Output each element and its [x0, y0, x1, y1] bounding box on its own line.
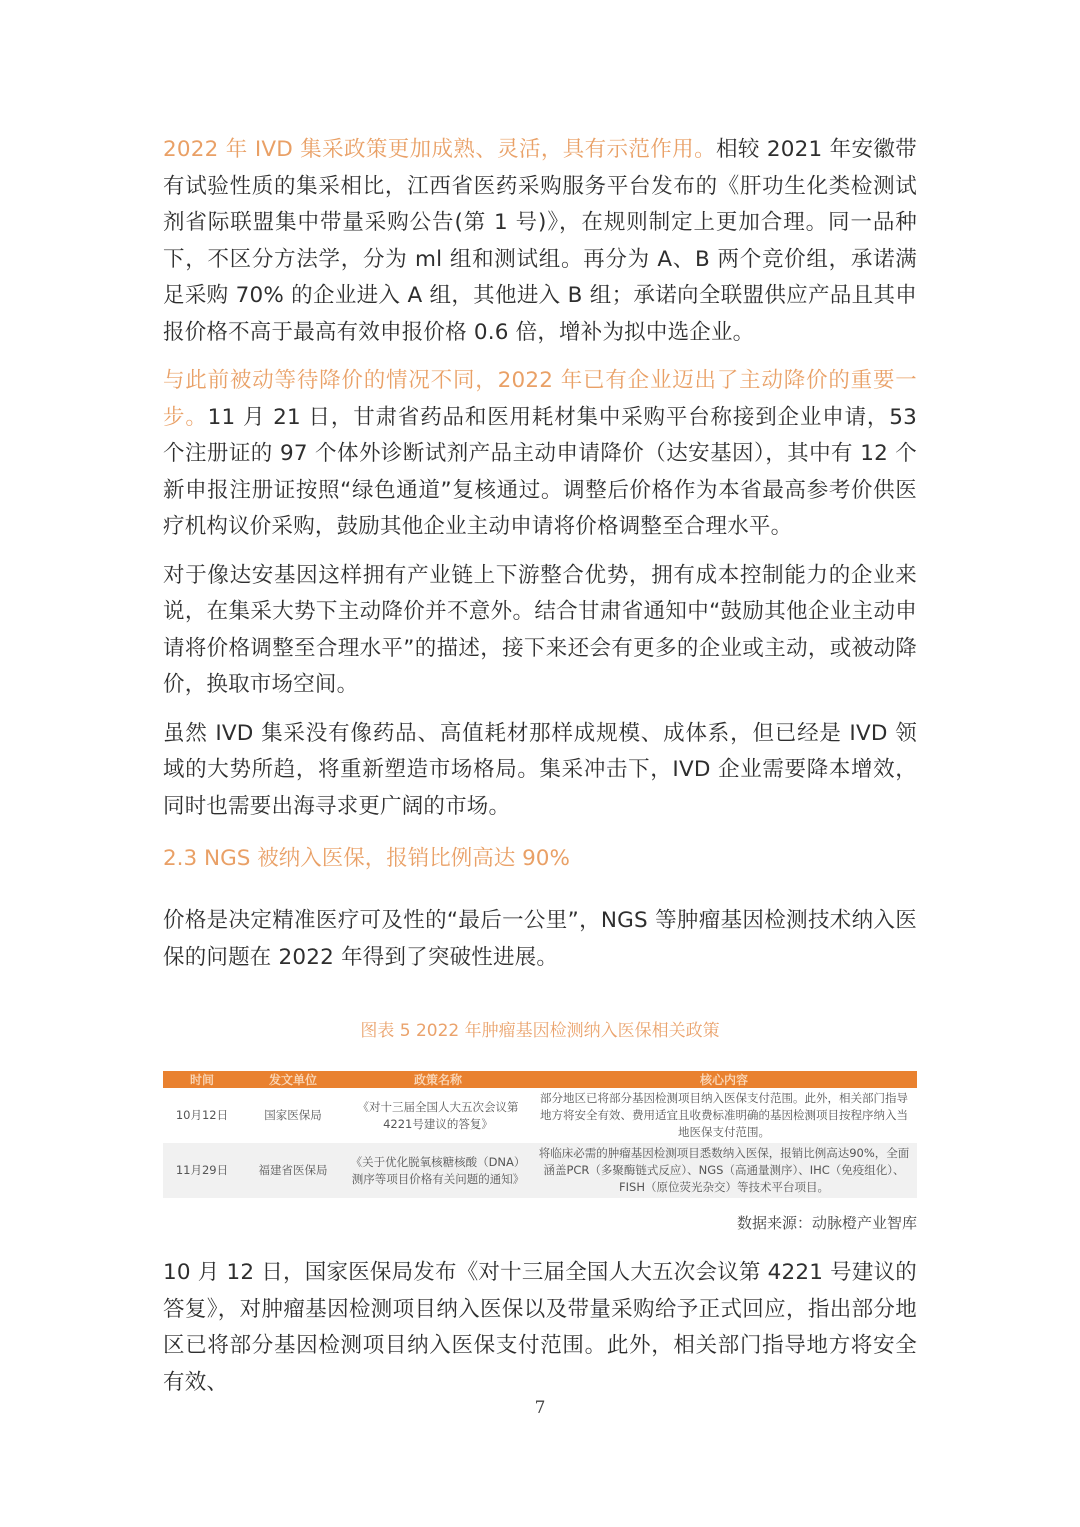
paragraph-active-price-cut: 与此前被动等待降价的情况不同，2022 年已有企业迈出了主动降价的重要一步。11…	[163, 363, 917, 546]
cell-policy-name: 《关于优化脱氧核糖核酸（DNA）测序等项目价格有关问题的通知》	[345, 1143, 531, 1198]
page-number: 7	[0, 1398, 1080, 1418]
cell-content: 将临床必需的肿瘤基因检测项目悉数纳入医保，报销比例高达90%，全面涵盖PCR（多…	[531, 1143, 917, 1198]
section-heading: 2.3 NGS 被纳入医保，报销比例高达 90%	[163, 841, 917, 877]
paragraph-ivd-trend: 虽然 IVD 集采没有像药品、高值耗材那样成规模、成体系，但已经是 IVD 领域…	[163, 716, 917, 826]
section-intro: 价格是决定精准医疗可及性的“最后一公里”，NGS 等肿瘤基因检测技术纳入医保的问…	[163, 903, 917, 976]
cell-content: 部分地区已将部分基因检测项目纳入医保支付范围。此外，相关部门指导地方将安全有效、…	[531, 1088, 917, 1143]
table-row: 11月29日 福建省医保局 《关于优化脱氧核糖核酸（DNA）测序等项目价格有关问…	[163, 1143, 917, 1198]
document-page: 2022 年 IVD 集采政策更加成熟、灵活，具有示范作用。相较 2021 年安…	[163, 132, 917, 1413]
table-header-row: 时间 发文单位 政策名称 核心内容	[163, 1071, 917, 1088]
highlight-text: 2022 年 IVD 集采政策更加成熟、灵活，具有示范作用。	[163, 137, 716, 162]
header-content: 核心内容	[531, 1071, 917, 1088]
cell-date: 11月29日	[163, 1143, 241, 1198]
body-text: 相较 2021 年安徽带有试验性质的集采相比，江西省医药采购服务平台发布的《肝功…	[163, 137, 917, 345]
cell-unit: 福建省医保局	[241, 1143, 345, 1198]
header-policy-name: 政策名称	[345, 1071, 531, 1088]
closing-paragraph: 10 月 12 日，国家医保局发布《对十三届全国人大五次会议第 4221 号建议…	[163, 1255, 917, 1401]
cell-date: 10月12日	[163, 1088, 241, 1143]
header-date: 时间	[163, 1071, 241, 1088]
paragraph-ivd-policy: 2022 年 IVD 集采政策更加成熟、灵活，具有示范作用。相较 2021 年安…	[163, 132, 917, 351]
body-text: 虽然 IVD 集采没有像药品、高值耗材那样成规模、成体系，但已经是 IVD 领域…	[163, 721, 917, 819]
cell-policy-name: 《对十三届全国人大五次会议第4221号建议的答复》	[345, 1088, 531, 1143]
cell-unit: 国家医保局	[241, 1088, 345, 1143]
table-row: 10月12日 国家医保局 《对十三届全国人大五次会议第4221号建议的答复》 部…	[163, 1088, 917, 1143]
figure-caption: 图表 5 2022 年肿瘤基因检测纳入医保相关政策	[163, 1016, 917, 1041]
body-text: 11 月 21 日，甘肃省药品和医用耗材集中采购平台称接到企业申请，53 个注册…	[163, 405, 917, 540]
body-text: 对于像达安基因这样拥有产业链上下游整合优势，拥有成本控制能力的企业来说，在集采大…	[163, 563, 917, 698]
policy-table: 时间 发文单位 政策名称 核心内容 10月12日 国家医保局 《对十三届全国人大…	[163, 1071, 917, 1198]
paragraph-daan-gene: 对于像达安基因这样拥有产业链上下游整合优势，拥有成本控制能力的企业来说，在集采大…	[163, 558, 917, 704]
data-source: 数据来源：动脉橙产业智库	[163, 1212, 917, 1233]
header-unit: 发文单位	[241, 1071, 345, 1088]
